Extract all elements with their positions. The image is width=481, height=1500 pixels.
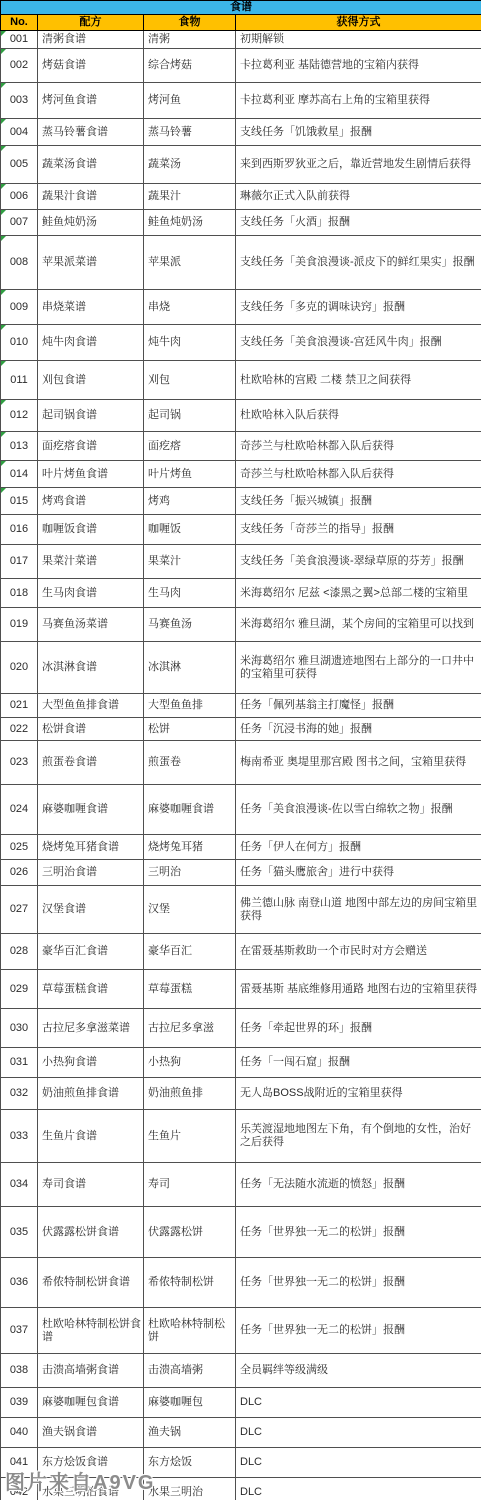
- row-number-cell[interactable]: 032: [1, 1078, 38, 1110]
- sheet-title[interactable]: 食谱: [1, 1, 481, 15]
- row-number-cell[interactable]: 038: [1, 1354, 38, 1388]
- obtain-cell[interactable]: DLC: [236, 1478, 481, 1500]
- obtain-cell[interactable]: 杜欧哈林入队后获得: [236, 400, 481, 432]
- obtain-cell[interactable]: 初期解锁: [236, 31, 481, 49]
- recipe-cell[interactable]: 刈包食谱: [38, 361, 144, 400]
- row-number-cell[interactable]: 003: [1, 83, 38, 119]
- obtain-cell[interactable]: 任务「猫头鹰旅舍」进行中获得: [236, 860, 481, 886]
- food-cell[interactable]: 炖牛肉: [144, 325, 236, 361]
- table-row: 018 生马肉食谱 生马肉 米海葛绍尔 尼兹 <漆黑之翼>总部二楼的宝箱里: [1, 579, 481, 608]
- obtain-cell[interactable]: 支线任务「奇莎兰的指导」报酬: [236, 515, 481, 545]
- table-row: 019 马赛鱼汤菜谱 马赛鱼汤 米海葛绍尔 雅旦湖，某个房间的宝箱里可以找到: [1, 608, 481, 642]
- recipe-cell[interactable]: 烤河鱼食谱: [38, 83, 144, 119]
- recipe-table: 食谱 No. 配方 食物 获得方式 001 清粥食谱 清粥 初期解锁 002 烤…: [0, 0, 481, 1500]
- food-cell[interactable]: 串烧: [144, 290, 236, 325]
- row-number-cell[interactable]: 006: [1, 184, 38, 210]
- recipe-cell[interactable]: 清粥食谱: [38, 31, 144, 49]
- number-stored-as-text-flag-icon: [1, 49, 6, 54]
- recipe-cell[interactable]: 击溃高墙粥食谱: [38, 1354, 144, 1388]
- recipe-cell[interactable]: 蒸马铃薯食谱: [38, 119, 144, 146]
- table-row: 001 清粥食谱 清粥 初期解锁: [1, 31, 481, 49]
- table-row: 029 草莓蛋糕食谱 草莓蛋糕 雷聂基斯 基底维修用通路 地图右边的宝箱里获得: [1, 970, 481, 1009]
- obtain-cell[interactable]: 卡拉葛利亚 摩苏高右上角的宝箱里获得: [236, 83, 481, 119]
- recipe-cell[interactable]: 果菜汁菜谱: [38, 545, 144, 579]
- column-header-recipe[interactable]: 配方: [38, 15, 144, 31]
- recipe-cell[interactable]: 松饼食谱: [38, 718, 144, 741]
- food-cell[interactable]: 伏露露松饼: [144, 1207, 236, 1258]
- obtain-cell[interactable]: 全员羁绊等级满级: [236, 1354, 481, 1388]
- table-row: 010 炖牛肉食谱 炖牛肉 支线任务「美食浪漫谈-宫廷风牛肉」报酬: [1, 325, 481, 361]
- obtain-cell[interactable]: 任务「沉浸书海的她」报酬: [236, 718, 481, 741]
- table-row: 009 串烧菜谱 串烧 支线任务「多克的调味诀窍」报酬: [1, 290, 481, 325]
- row-number-cell[interactable]: 025: [1, 835, 38, 860]
- number-stored-as-text-flag-icon: [1, 361, 6, 366]
- obtain-cell[interactable]: 米海葛绍尔 雅旦湖遗迹地图右上部分的一口井中的宝箱里可获得: [236, 642, 481, 694]
- recipe-cell[interactable]: 冰淇淋食谱: [38, 642, 144, 694]
- row-number-cell[interactable]: 012: [1, 400, 38, 432]
- food-cell[interactable]: 马赛鱼汤: [144, 608, 236, 642]
- table-row: 014 叶片烤鱼食谱 叶片烤鱼 奇莎兰与杜欧哈林都入队后获得: [1, 461, 481, 488]
- food-cell[interactable]: 冰淇淋: [144, 642, 236, 694]
- food-cell[interactable]: 清粥: [144, 31, 236, 49]
- table-row: 006 蔬果汁食谱 蔬果汁 琳薇尔正式入队前获得: [1, 184, 481, 210]
- food-cell[interactable]: 蔬果汁: [144, 184, 236, 210]
- table-row: 038 击溃高墙粥食谱 击溃高墙粥 全员羁绊等级满级: [1, 1354, 481, 1388]
- table-row: 002 烤菇食谱 综合烤菇 卡拉葛利亚 基陆德营地的宝箱内获得: [1, 49, 481, 83]
- obtain-cell[interactable]: 支线任务「多克的调味诀窍」报酬: [236, 290, 481, 325]
- table-row: 022 松饼食谱 松饼 任务「沉浸书海的她」报酬: [1, 718, 481, 741]
- table-row: 037 杜欧哈林特制松饼食谱 杜欧哈林特制松饼 任务「世界独一无二的松饼」报酬: [1, 1308, 481, 1354]
- table-row: 012 起司锅食谱 起司锅 杜欧哈林入队后获得: [1, 400, 481, 432]
- table-row: 005 蔬菜汤食谱 蔬菜汤 来到西斯罗狄亚之后，靠近营地发生剧情后获得: [1, 146, 481, 184]
- obtain-cell[interactable]: 支线任务「美食浪漫谈-翠绿草原的芬芳」报酬: [236, 545, 481, 579]
- table-row: 040 渔夫锅食谱 渔夫锅 DLC: [1, 1418, 481, 1448]
- row-number-cell[interactable]: 037: [1, 1308, 38, 1354]
- table-row: 021 大型鱼鱼排食谱 大型鱼鱼排 任务「佩列基翁主打魔怪」报酬: [1, 694, 481, 718]
- obtain-cell[interactable]: 任务「伊人在何方」报酬: [236, 835, 481, 860]
- number-stored-as-text-flag-icon: [1, 184, 6, 189]
- row-number-cell[interactable]: 035: [1, 1207, 38, 1258]
- obtain-cell[interactable]: DLC: [236, 1448, 481, 1478]
- obtain-cell[interactable]: 任务「牵起世界的环」报酬: [236, 1009, 481, 1048]
- row-number-cell[interactable]: 028: [1, 934, 38, 970]
- row-number-cell[interactable]: 039: [1, 1388, 38, 1418]
- table-row: 039 麻婆咖喱包食谱 麻婆咖喱包 DLC: [1, 1388, 481, 1418]
- number-stored-as-text-flag-icon: [1, 236, 6, 241]
- row-number-cell[interactable]: 020: [1, 642, 38, 694]
- food-cell[interactable]: 寿司: [144, 1163, 236, 1207]
- recipe-cell[interactable]: 起司锅食谱: [38, 400, 144, 432]
- obtain-cell[interactable]: 任务「无法随水流逝的愤怒」报酬: [236, 1163, 481, 1207]
- row-number-cell[interactable]: 036: [1, 1258, 38, 1308]
- obtain-cell[interactable]: 任务「美食浪漫谈-佐以雪白绵软之物」报酬: [236, 785, 481, 835]
- row-number-cell[interactable]: 010: [1, 325, 38, 361]
- row-number-cell[interactable]: 008: [1, 236, 38, 290]
- obtain-cell[interactable]: DLC: [236, 1418, 481, 1448]
- number-stored-as-text-flag-icon: [1, 210, 6, 215]
- obtain-cell[interactable]: 任务「世界独一无二的松饼」报酬: [236, 1258, 481, 1308]
- recipe-cell[interactable]: 烧烤兔耳猪食谱: [38, 835, 144, 860]
- recipe-spreadsheet: 食谱 No. 配方 食物 获得方式 001 清粥食谱 清粥 初期解锁 002 烤…: [0, 0, 481, 1500]
- obtain-cell[interactable]: DLC: [236, 1388, 481, 1418]
- food-cell[interactable]: 蔬菜汤: [144, 146, 236, 184]
- recipe-cell[interactable]: 渔夫锅食谱: [38, 1418, 144, 1448]
- number-stored-as-text-flag-icon: [1, 290, 6, 295]
- number-stored-as-text-flag-icon: [1, 488, 6, 493]
- obtain-cell[interactable]: 卡拉葛利亚 基陆德营地的宝箱内获得: [236, 49, 481, 83]
- column-header-obtain[interactable]: 获得方式: [236, 15, 481, 31]
- row-number-cell[interactable]: 014: [1, 461, 38, 488]
- number-stored-as-text-flag-icon: [1, 400, 6, 405]
- obtain-cell[interactable]: 支线任务「火酒」报酬: [236, 210, 481, 236]
- food-cell[interactable]: 渔夫锅: [144, 1418, 236, 1448]
- obtain-cell[interactable]: 杜欧哈林的宫殿 二楼 禁卫之间获得: [236, 361, 481, 400]
- row-number-cell[interactable]: 015: [1, 488, 38, 515]
- food-cell[interactable]: 希侬特制松饼: [144, 1258, 236, 1308]
- food-cell[interactable]: 奶油煎鱼排: [144, 1078, 236, 1110]
- recipe-cell[interactable]: 草莓蛋糕食谱: [38, 970, 144, 1009]
- table-row: 016 咖喱饭食谱 咖喱饭 支线任务「奇莎兰的指导」报酬: [1, 515, 481, 545]
- obtain-cell[interactable]: 支线任务「饥饿救星」报酬: [236, 119, 481, 146]
- number-stored-as-text-flag-icon: [1, 83, 6, 88]
- obtain-cell[interactable]: 雷聂基斯 基底维修用通路 地图右边的宝箱里获得: [236, 970, 481, 1009]
- recipe-cell[interactable]: 叶片烤鱼食谱: [38, 461, 144, 488]
- food-cell[interactable]: 综合烤菇: [144, 49, 236, 83]
- food-cell[interactable]: 烧烤兔耳猪: [144, 835, 236, 860]
- obtain-cell[interactable]: 琳薇尔正式入队前获得: [236, 184, 481, 210]
- recipe-cell[interactable]: 煎蛋卷食谱: [38, 741, 144, 785]
- obtain-cell[interactable]: 来到西斯罗狄亚之后，靠近营地发生剧情后获得: [236, 146, 481, 184]
- recipe-cell[interactable]: 烤菇食谱: [38, 49, 144, 83]
- recipe-cell[interactable]: 麻婆咖喱包食谱: [38, 1388, 144, 1418]
- obtain-cell[interactable]: 米海葛绍尔 尼兹 <漆黑之翼>总部二楼的宝箱里: [236, 579, 481, 608]
- table-row: 003 烤河鱼食谱 烤河鱼 卡拉葛利亚 摩苏高右上角的宝箱里获得: [1, 83, 481, 119]
- recipe-cell[interactable]: 马赛鱼汤菜谱: [38, 608, 144, 642]
- food-cell[interactable]: 果菜汁: [144, 545, 236, 579]
- number-stored-as-text-flag-icon: [1, 119, 6, 124]
- recipe-cell[interactable]: 炖牛肉食谱: [38, 325, 144, 361]
- food-cell[interactable]: 小热狗: [144, 1048, 236, 1078]
- row-number-cell[interactable]: 040: [1, 1418, 38, 1448]
- food-cell[interactable]: 豪华百汇: [144, 934, 236, 970]
- row-number-cell[interactable]: 027: [1, 886, 38, 934]
- food-cell[interactable]: 东方烩饭: [144, 1448, 236, 1478]
- table-row: 036 希侬特制松饼食谱 希侬特制松饼 任务「世界独一无二的松饼」报酬: [1, 1258, 481, 1308]
- recipe-cell[interactable]: 面疙瘩食谱: [38, 432, 144, 461]
- row-number-cell[interactable]: 005: [1, 146, 38, 184]
- table-row: 028 豪华百汇食谱 豪华百汇 在雷聂基斯救助一个市民时对方会赠送: [1, 934, 481, 970]
- row-number-cell[interactable]: 030: [1, 1009, 38, 1048]
- food-cell[interactable]: 古拉尼多拿滋: [144, 1009, 236, 1048]
- food-cell[interactable]: 松饼: [144, 718, 236, 741]
- recipe-cell[interactable]: 希侬特制松饼食谱: [38, 1258, 144, 1308]
- obtain-cell[interactable]: 任务「世界独一无二的松饼」报酬: [236, 1308, 481, 1354]
- row-number-cell[interactable]: 022: [1, 718, 38, 741]
- food-cell[interactable]: 起司锅: [144, 400, 236, 432]
- obtain-cell[interactable]: 佛兰德山脉 南登山道 地图中部左边的房间宝箱里获得: [236, 886, 481, 934]
- food-cell[interactable]: 烤河鱼: [144, 83, 236, 119]
- row-number-cell[interactable]: 029: [1, 970, 38, 1009]
- recipe-cell[interactable]: 鲑鱼炖奶汤: [38, 210, 144, 236]
- row-number-cell[interactable]: 019: [1, 608, 38, 642]
- obtain-cell[interactable]: 乐芙渡湿地地图左下角，有个倒地的女性，治好之后获得: [236, 1110, 481, 1163]
- food-cell[interactable]: 水果三明治: [144, 1478, 236, 1500]
- food-cell[interactable]: 苹果派: [144, 236, 236, 290]
- recipe-cell[interactable]: 大型鱼鱼排食谱: [38, 694, 144, 718]
- table-row: 015 烤鸡食谱 烤鸡 支线任务「振兴城镇」报酬: [1, 488, 481, 515]
- table-row: 025 烧烤兔耳猪食谱 烧烤兔耳猪 任务「伊人在何方」报酬: [1, 835, 481, 860]
- row-number-cell[interactable]: 011: [1, 361, 38, 400]
- row-number-cell[interactable]: 034: [1, 1163, 38, 1207]
- food-cell[interactable]: 草莓蛋糕: [144, 970, 236, 1009]
- recipe-cell[interactable]: 苹果派菜谱: [38, 236, 144, 290]
- row-number-cell[interactable]: 024: [1, 785, 38, 835]
- obtain-cell[interactable]: 米海葛绍尔 雅旦湖，某个房间的宝箱里可以找到: [236, 608, 481, 642]
- food-cell[interactable]: 鲑鱼炖奶汤: [144, 210, 236, 236]
- row-number-cell[interactable]: 009: [1, 290, 38, 325]
- title-row: 食谱: [1, 1, 481, 15]
- food-cell[interactable]: 三明治: [144, 860, 236, 886]
- recipe-cell[interactable]: 汉堡食谱: [38, 886, 144, 934]
- food-cell[interactable]: 大型鱼鱼排: [144, 694, 236, 718]
- row-number-cell[interactable]: 004: [1, 119, 38, 146]
- number-stored-as-text-flag-icon: [1, 325, 6, 330]
- recipe-cell[interactable]: 串烧菜谱: [38, 290, 144, 325]
- table-row: 004 蒸马铃薯食谱 蒸马铃薯 支线任务「饥饿救星」报酬: [1, 119, 481, 146]
- recipe-cell[interactable]: 杜欧哈林特制松饼食谱: [38, 1308, 144, 1354]
- row-number-cell[interactable]: 018: [1, 579, 38, 608]
- recipe-cell[interactable]: 古拉尼多拿滋菜谱: [38, 1009, 144, 1048]
- table-row: 026 三明治食谱 三明治 任务「猫头鹰旅舍」进行中获得: [1, 860, 481, 886]
- row-number-cell[interactable]: 023: [1, 741, 38, 785]
- recipe-cell[interactable]: 奶油煎鱼排食谱: [38, 1078, 144, 1110]
- row-number-cell[interactable]: 013: [1, 432, 38, 461]
- table-row: 034 寿司食谱 寿司 任务「无法随水流逝的愤怒」报酬: [1, 1163, 481, 1207]
- table-row: 013 面疙瘩食谱 面疙瘩 奇莎兰与杜欧哈林都入队后获得: [1, 432, 481, 461]
- obtain-cell[interactable]: 支线任务「美食浪漫谈-派皮下的鲜红果实」报酬: [236, 236, 481, 290]
- recipe-cell[interactable]: 生马肉食谱: [38, 579, 144, 608]
- obtain-cell[interactable]: 支线任务「美食浪漫谈-宫廷风牛肉」报酬: [236, 325, 481, 361]
- row-number-cell[interactable]: 026: [1, 860, 38, 886]
- row-number-cell[interactable]: 021: [1, 694, 38, 718]
- recipe-cell[interactable]: 麻婆咖喱食谱: [38, 785, 144, 835]
- food-cell[interactable]: 煎蛋卷: [144, 741, 236, 785]
- food-cell[interactable]: 杜欧哈林特制松饼: [144, 1308, 236, 1354]
- obtain-cell[interactable]: 奇莎兰与杜欧哈林都入队后获得: [236, 461, 481, 488]
- table-row: 033 生鱼片食谱 生鱼片 乐芙渡湿地地图左下角，有个倒地的女性，治好之后获得: [1, 1110, 481, 1163]
- table-row: 035 伏露露松饼食谱 伏露露松饼 任务「世界独一无二的松饼」报酬: [1, 1207, 481, 1258]
- column-header-no[interactable]: No.: [1, 15, 38, 31]
- food-cell[interactable]: 击溃高墙粥: [144, 1354, 236, 1388]
- row-number-cell[interactable]: 001: [1, 31, 38, 49]
- row-number-cell[interactable]: 016: [1, 515, 38, 545]
- row-number-cell[interactable]: 002: [1, 49, 38, 83]
- obtain-cell[interactable]: 任务「世界独一无二的松饼」报酬: [236, 1207, 481, 1258]
- obtain-cell[interactable]: 奇莎兰与杜欧哈林都入队后获得: [236, 432, 481, 461]
- obtain-cell[interactable]: 任务「一闯石窟」报酬: [236, 1048, 481, 1078]
- food-cell[interactable]: 生马肉: [144, 579, 236, 608]
- table-row: 007 鲑鱼炖奶汤 鲑鱼炖奶汤 支线任务「火酒」报酬: [1, 210, 481, 236]
- watermark: 图片来自A9VG: [5, 1466, 155, 1495]
- table-row: 011 刈包食谱 刈包 杜欧哈林的宫殿 二楼 禁卫之间获得: [1, 361, 481, 400]
- recipe-cell[interactable]: 生鱼片食谱: [38, 1110, 144, 1163]
- food-cell[interactable]: 麻婆咖喱包: [144, 1388, 236, 1418]
- obtain-cell[interactable]: 任务「佩列基翁主打魔怪」报酬: [236, 694, 481, 718]
- table-row: 030 古拉尼多拿滋菜谱 古拉尼多拿滋 任务「牵起世界的环」报酬: [1, 1009, 481, 1048]
- column-header-row: No. 配方 食物 获得方式: [1, 15, 481, 31]
- table-row: 032 奶油煎鱼排食谱 奶油煎鱼排 无人岛BOSS战附近的宝箱里获得: [1, 1078, 481, 1110]
- recipe-cell[interactable]: 小热狗食谱: [38, 1048, 144, 1078]
- food-cell[interactable]: 咖喱饭: [144, 515, 236, 545]
- food-cell[interactable]: 生鱼片: [144, 1110, 236, 1163]
- recipe-cell[interactable]: 蔬果汁食谱: [38, 184, 144, 210]
- table-row: 020 冰淇淋食谱 冰淇淋 米海葛绍尔 雅旦湖遗迹地图右上部分的一口井中的宝箱里…: [1, 642, 481, 694]
- table-row: 024 麻婆咖喱食谱 麻婆咖喱食谱 任务「美食浪漫谈-佐以雪白绵软之物」报酬: [1, 785, 481, 835]
- food-cell[interactable]: 麻婆咖喱食谱: [144, 785, 236, 835]
- row-number-cell[interactable]: 007: [1, 210, 38, 236]
- food-cell[interactable]: 刈包: [144, 361, 236, 400]
- table-row: 008 苹果派菜谱 苹果派 支线任务「美食浪漫谈-派皮下的鲜红果实」报酬: [1, 236, 481, 290]
- recipe-cell[interactable]: 三明治食谱: [38, 860, 144, 886]
- obtain-cell[interactable]: 在雷聂基斯救助一个市民时对方会赠送: [236, 934, 481, 970]
- table-row: 027 汉堡食谱 汉堡 佛兰德山脉 南登山道 地图中部左边的房间宝箱里获得: [1, 886, 481, 934]
- food-cell[interactable]: 叶片烤鱼: [144, 461, 236, 488]
- number-stored-as-text-flag-icon: [1, 31, 6, 36]
- food-cell[interactable]: 汉堡: [144, 886, 236, 934]
- row-number-cell[interactable]: 031: [1, 1048, 38, 1078]
- recipe-cell[interactable]: 咖喱饭食谱: [38, 515, 144, 545]
- recipe-cell[interactable]: 蔬菜汤食谱: [38, 146, 144, 184]
- table-row: 023 煎蛋卷食谱 煎蛋卷 梅南希亚 奥堤里那宫殿 图书之间，宝箱里获得: [1, 741, 481, 785]
- food-cell[interactable]: 面疙瘩: [144, 432, 236, 461]
- obtain-cell[interactable]: 支线任务「振兴城镇」报酬: [236, 488, 481, 515]
- number-stored-as-text-flag-icon: [1, 461, 6, 466]
- row-number-cell[interactable]: 033: [1, 1110, 38, 1163]
- table-row: 017 果菜汁菜谱 果菜汁 支线任务「美食浪漫谈-翠绿草原的芬芳」报酬: [1, 545, 481, 579]
- row-number-cell[interactable]: 017: [1, 545, 38, 579]
- food-cell[interactable]: 烤鸡: [144, 488, 236, 515]
- number-stored-as-text-flag-icon: [1, 432, 6, 437]
- recipe-cell[interactable]: 烤鸡食谱: [38, 488, 144, 515]
- number-stored-as-text-flag-icon: [1, 146, 6, 151]
- table-row: 031 小热狗食谱 小热狗 任务「一闯石窟」报酬: [1, 1048, 481, 1078]
- obtain-cell[interactable]: 无人岛BOSS战附近的宝箱里获得: [236, 1078, 481, 1110]
- recipe-cell[interactable]: 寿司食谱: [38, 1163, 144, 1207]
- obtain-cell[interactable]: 梅南希亚 奥堤里那宫殿 图书之间，宝箱里获得: [236, 741, 481, 785]
- column-header-food[interactable]: 食物: [144, 15, 236, 31]
- recipe-cell[interactable]: 豪华百汇食谱: [38, 934, 144, 970]
- recipe-cell[interactable]: 伏露露松饼食谱: [38, 1207, 144, 1258]
- food-cell[interactable]: 蒸马铃薯: [144, 119, 236, 146]
